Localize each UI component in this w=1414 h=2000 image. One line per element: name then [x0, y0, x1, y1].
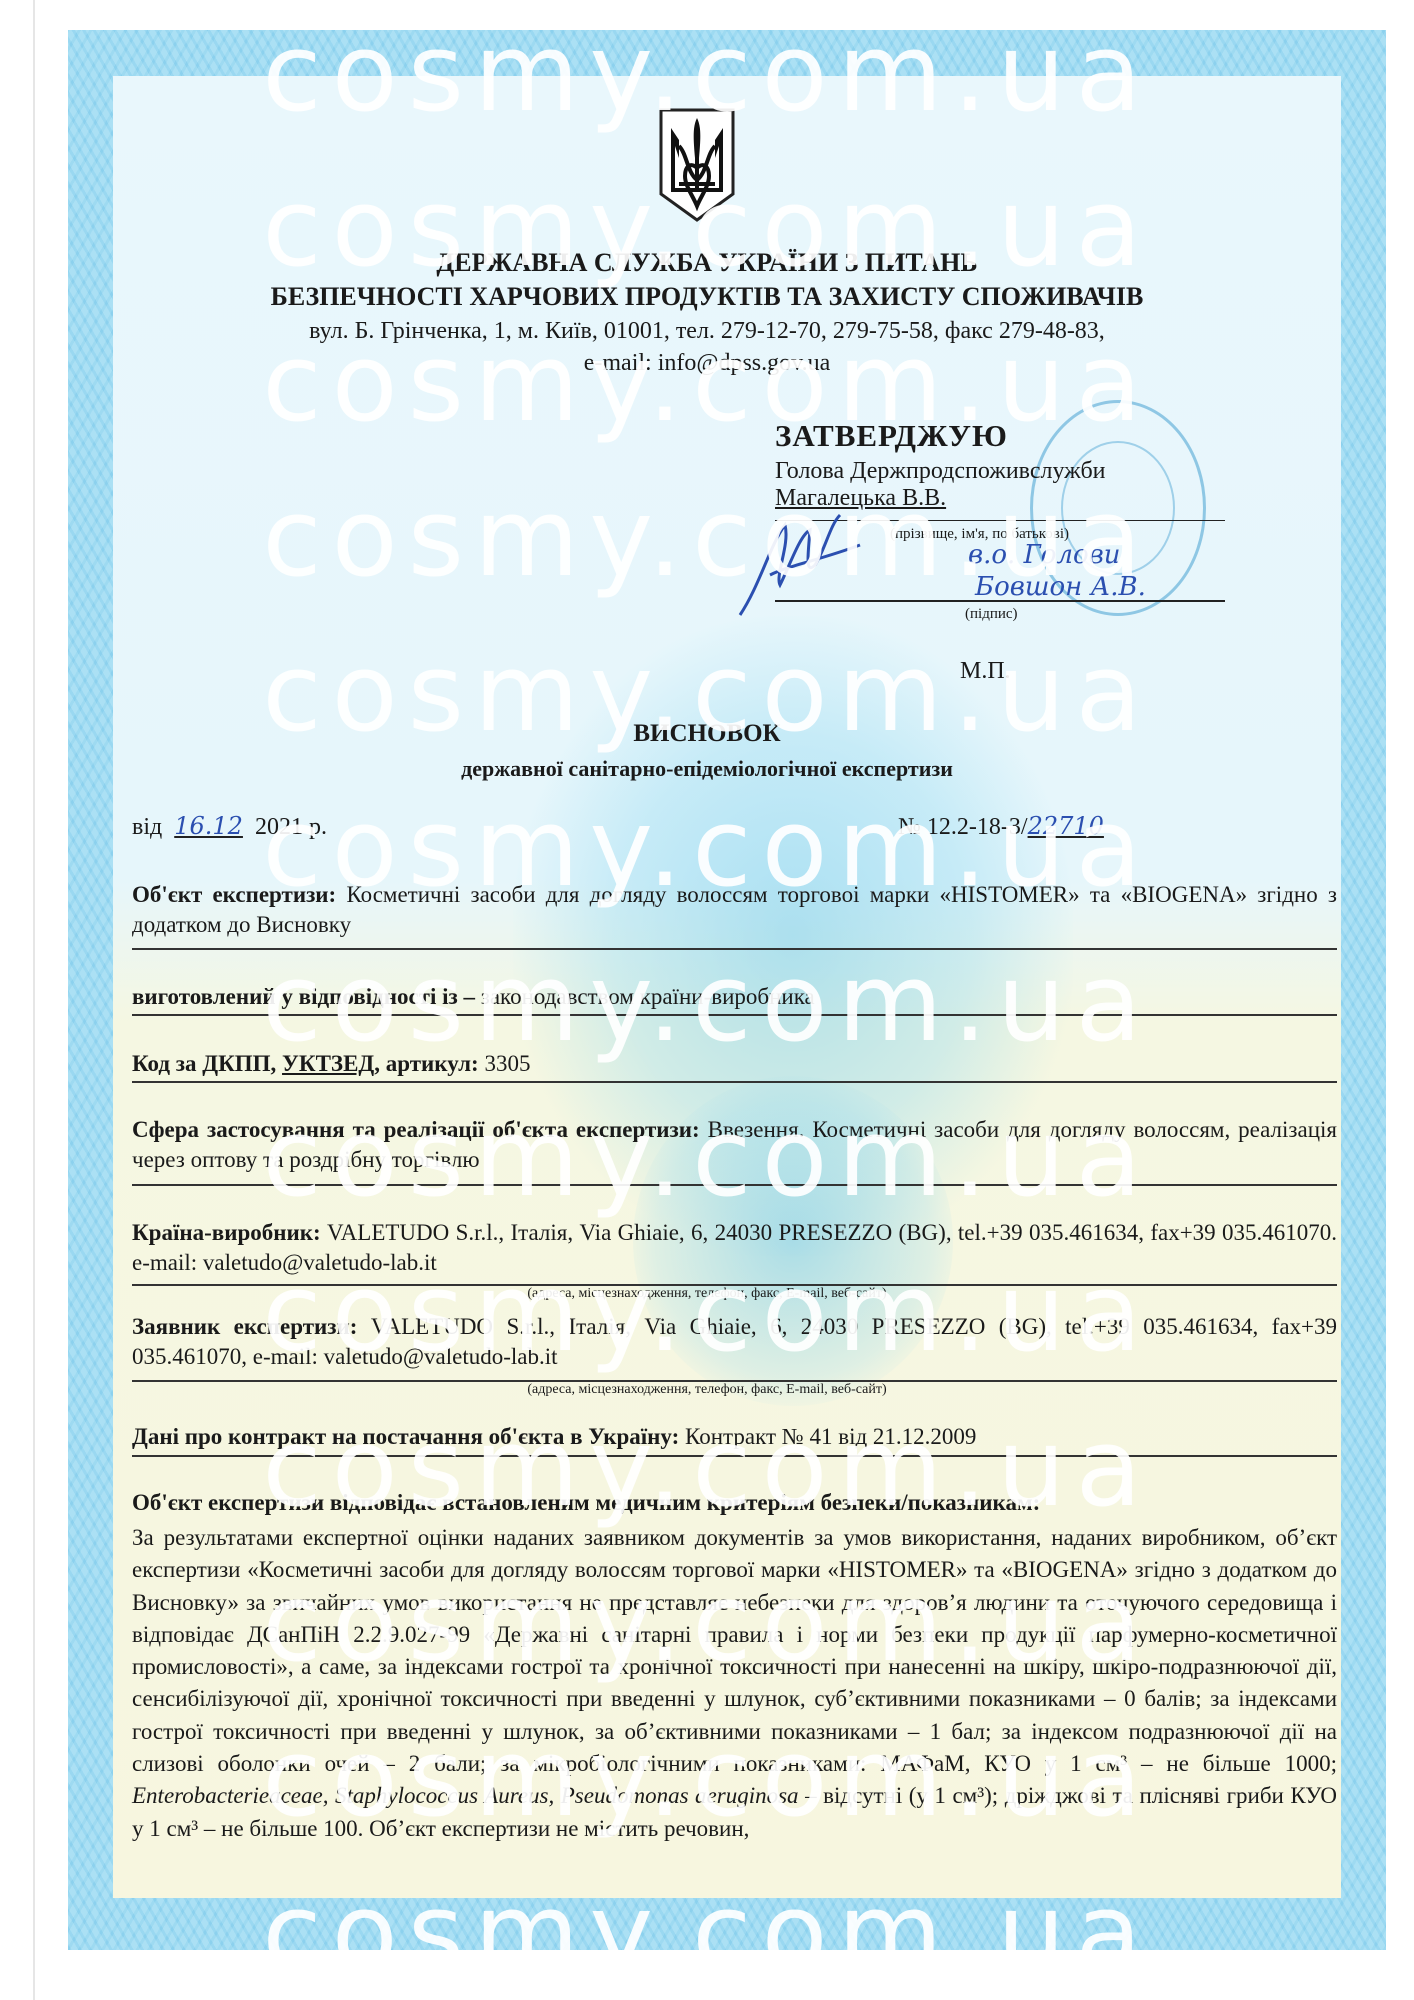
code-label-1: Код за ДКПП,: [132, 1051, 276, 1076]
document-title: ВИСНОВОК: [0, 720, 1414, 748]
applicant-hint: (адреса, місцезнаходження, телефон, факс…: [0, 1382, 1414, 1398]
scope-label: Сфера застосування та реалізації об'єкта…: [132, 1117, 700, 1142]
signature-underline: [775, 600, 1225, 602]
field-object: Об'єкт експертизи: Косметичні засоби для…: [132, 880, 1337, 940]
handwritten-signature: [730, 505, 880, 625]
made-value: законодавством країни-виробника: [481, 984, 815, 1009]
org-name-line1: ДЕРЖАВНА СЛУЖБА УКРАЇНИ З ПИТАНЬ: [0, 248, 1414, 278]
approval-block: ЗАТВЕРДЖУЮ Голова Держпродспоживслужби М…: [775, 418, 1235, 512]
number-prefix: № 12.2-18-3/: [898, 814, 1028, 840]
approver-position: Голова Держпродспоживслужби: [775, 458, 1235, 485]
document-subtitle: державної санітарно-епідеміологічної екс…: [0, 756, 1414, 782]
criteria-body: За результатами експертної оцінки надани…: [132, 1522, 1337, 1845]
rule-object: [132, 948, 1337, 950]
country-hint: (адреса, місцезнаходження, телефон, факс…: [0, 1286, 1414, 1302]
date-prefix: від: [132, 814, 162, 840]
rule-contract: [132, 1455, 1337, 1457]
applicant-label: Заявник експертизи:: [132, 1314, 357, 1339]
field-country: Країна-виробник: VALETUDO S.r.l., Італія…: [132, 1218, 1337, 1278]
criteria-title: Об'єкт експертизи відповідає встановлени…: [132, 1490, 1040, 1516]
document-date: від 16.12 2021 р.: [132, 812, 327, 841]
field-applicant: Заявник експертизи: VALETUDO S.r.l., Іта…: [132, 1312, 1337, 1372]
rule-made: [132, 1014, 1337, 1016]
seal-label: М.П.: [960, 658, 1011, 685]
field-made: виготовлений у відповідності із – законо…: [132, 982, 1337, 1012]
document-content: ДЕРЖАВНА СЛУЖБА УКРАЇНИ З ПИТАНЬ БЕЗПЕЧН…: [0, 0, 1414, 2000]
criteria-text-1: За результатами експертної оцінки надани…: [132, 1525, 1337, 1776]
signature-hint: (підпис): [965, 606, 1018, 623]
date-suffix: 2021 р.: [255, 814, 327, 840]
org-address: вул. Б. Грінченка, 1, м. Київ, 01001, те…: [0, 318, 1414, 345]
handwritten-signer-name: Бовшон А.В.: [975, 572, 1146, 602]
object-label: Об'єкт експертизи:: [132, 882, 336, 907]
org-name-line2: БЕЗПЕЧНОСТІ ХАРЧОВИХ ПРОДУКТІВ ТА ЗАХИСТ…: [0, 282, 1414, 312]
date-handwritten: 16.12: [174, 812, 243, 840]
field-scope: Сфера застосування та реалізації об'єкта…: [132, 1115, 1337, 1175]
code-value: 3305: [484, 1051, 530, 1076]
field-contract: Дані про контракт на постачання об'єкта …: [132, 1422, 1337, 1452]
code-label-2: УКТЗЕД: [282, 1051, 374, 1076]
country-label: Країна-виробник:: [132, 1220, 321, 1245]
code-label-3: , артикул:: [374, 1051, 478, 1076]
field-code: Код за ДКПП, УКТЗЕД, артикул: 3305: [132, 1049, 1337, 1079]
org-email: e-mail: info@dpss.gov.ua: [0, 350, 1414, 377]
rule-code: [132, 1081, 1337, 1083]
contract-label: Дані про контракт на постачання об'єкта …: [132, 1424, 679, 1449]
trident-coat-of-arms-icon: [657, 106, 737, 224]
made-label: виготовлений у відповідності із –: [132, 984, 475, 1009]
document-number: № 12.2-18-3/22710: [898, 812, 1104, 841]
number-handwritten: 22710: [1028, 812, 1104, 840]
rule-scope: [132, 1184, 1337, 1186]
criteria-bacteria: Enterobacterieaceae, Staphylococcus Aure…: [132, 1783, 799, 1808]
handwritten-acting-note: в.о. Голови: [968, 540, 1121, 570]
approval-title: ЗАТВЕРДЖУЮ: [775, 418, 1235, 454]
contract-value: Контракт № 41 від 21.12.2009: [685, 1424, 976, 1449]
